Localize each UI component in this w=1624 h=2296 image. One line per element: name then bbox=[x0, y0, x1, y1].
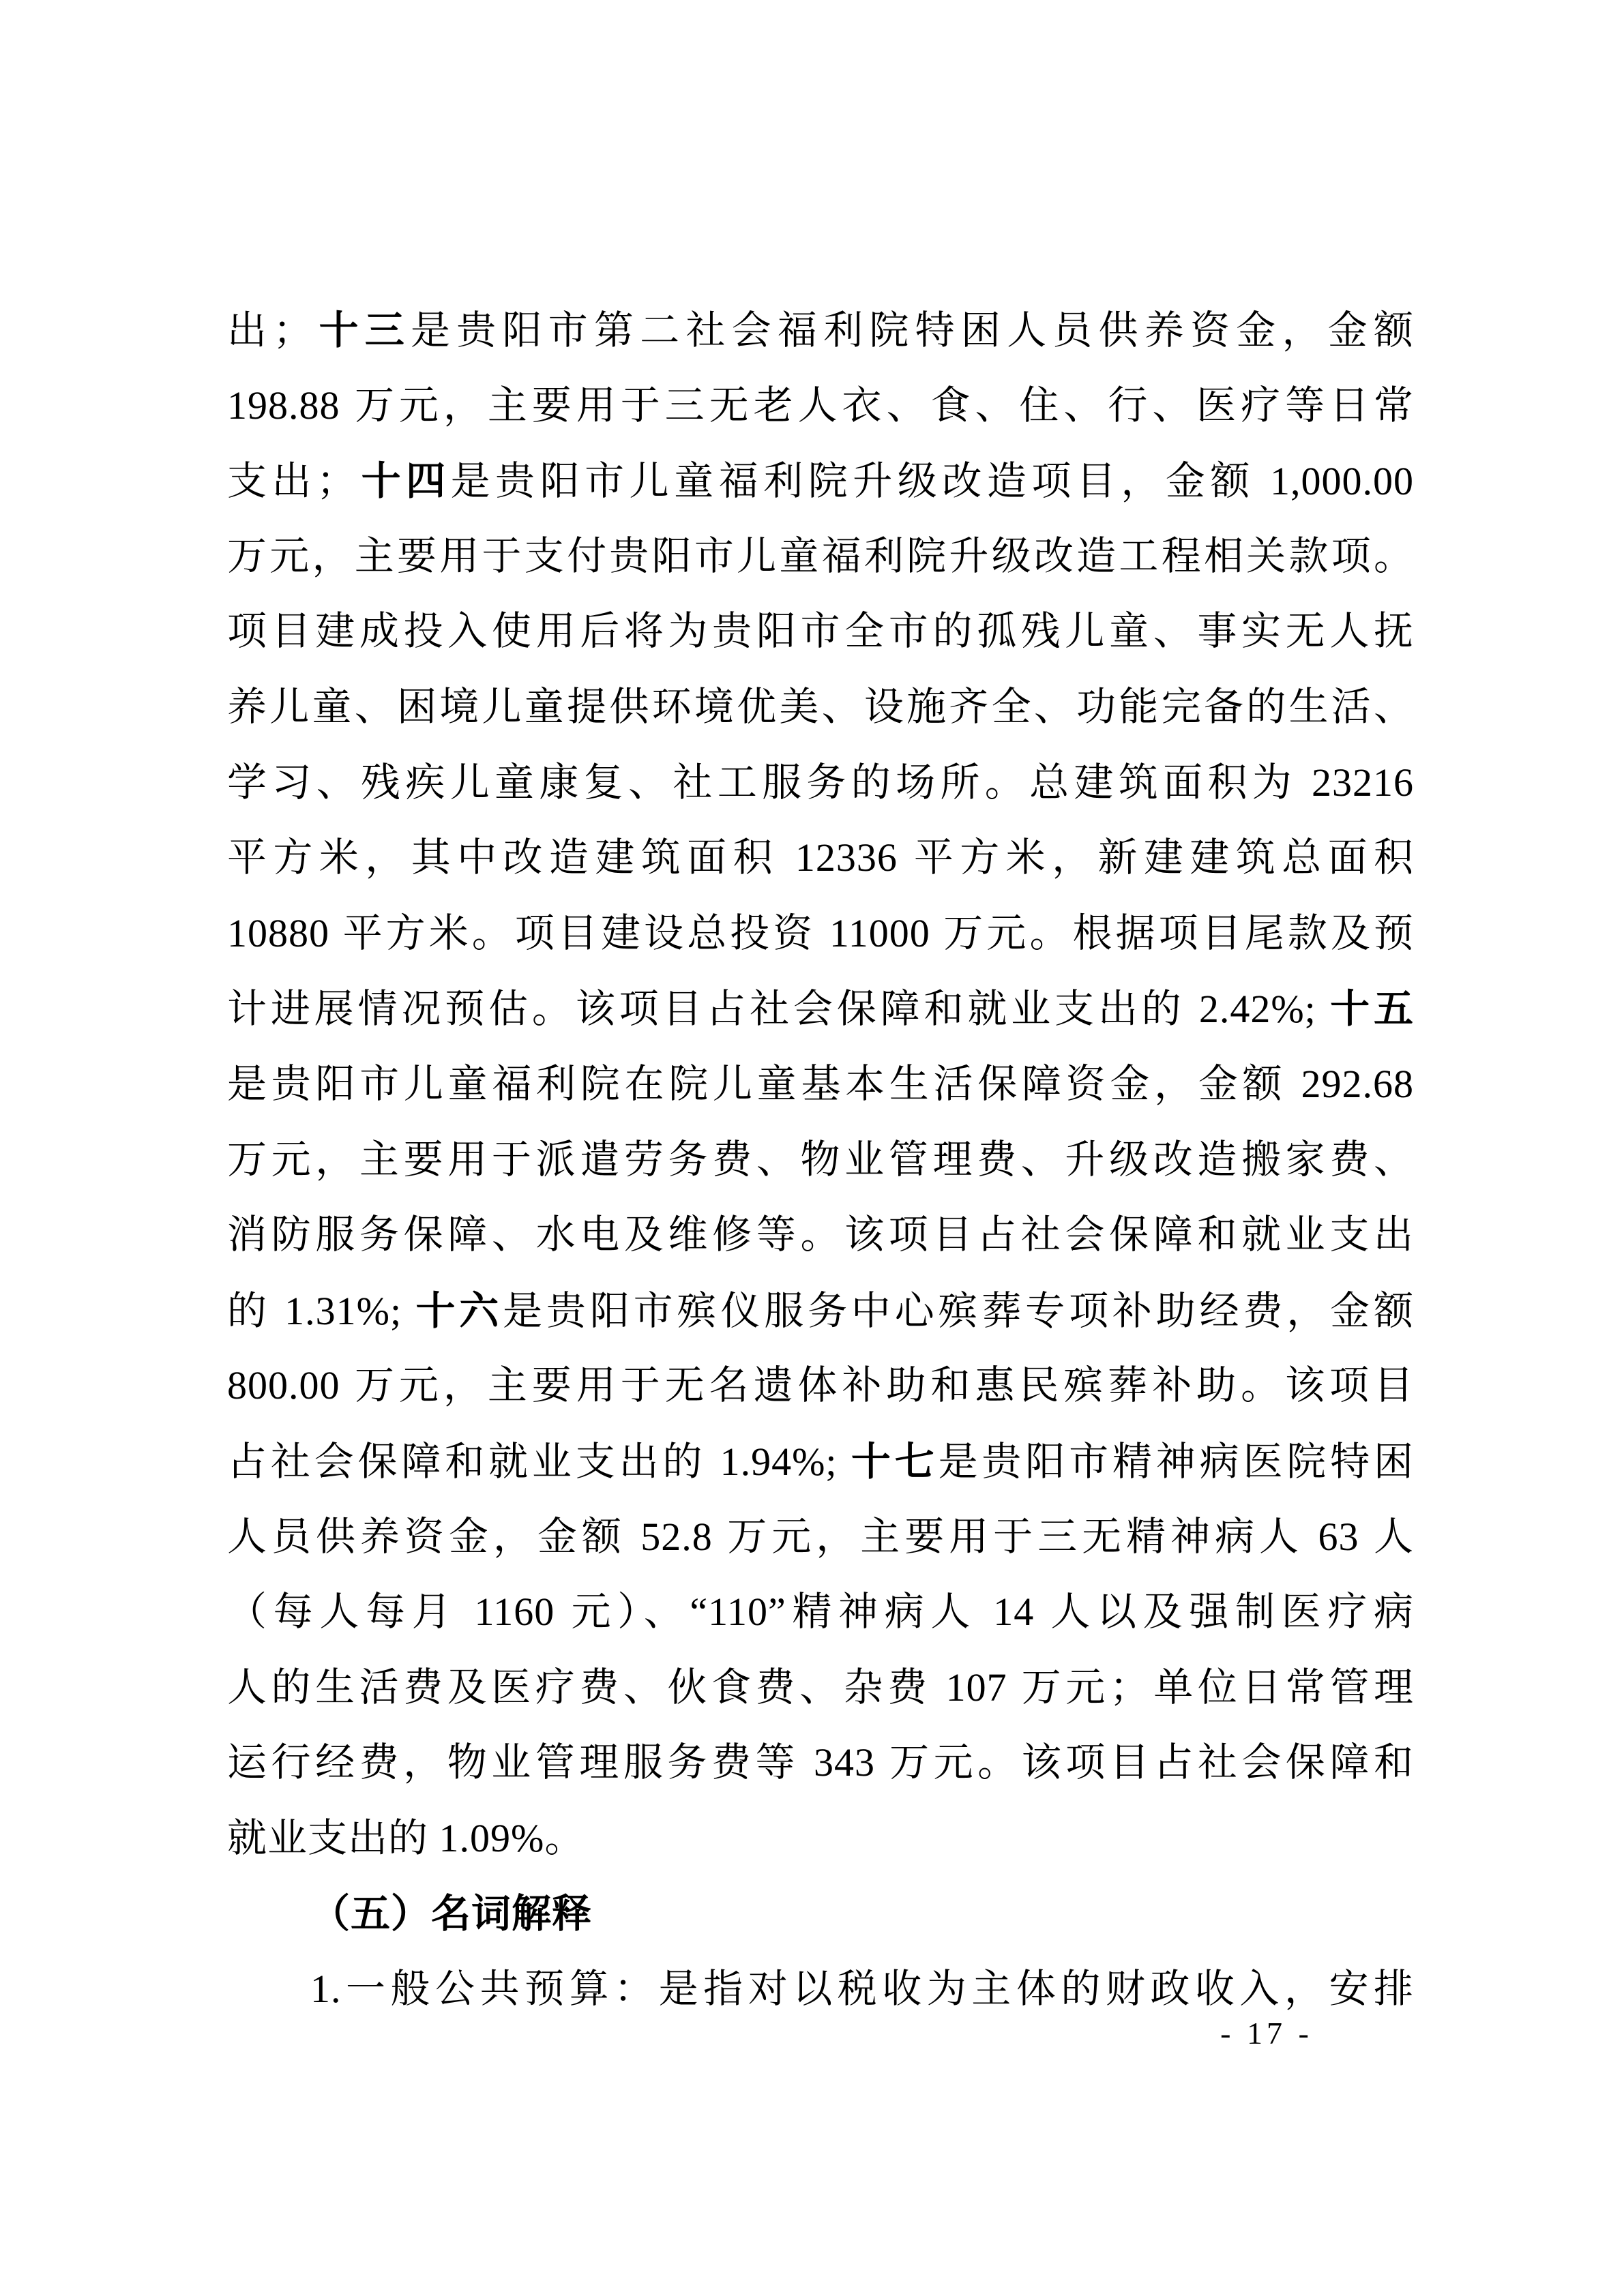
text-segment: 支出； bbox=[227, 459, 357, 503]
text-line: 支出；十四是贵阳市儿童福利院升级改造项目，金额 1,000.00 bbox=[227, 443, 1414, 519]
text-segment: 是贵阳市儿童福利院升级改造项目，金额 1,000.00 bbox=[451, 459, 1414, 503]
text-segment: 出； bbox=[227, 308, 313, 353]
text-segment: 消防服务保障、水电及维修等。该项目占社会保障和就业支出 bbox=[227, 1212, 1414, 1257]
text-segment: 万元，主要用于支付贵阳市儿童福利院升级改造工程相关款项。 bbox=[227, 534, 1414, 578]
text-segment: 万元，主要用于派遣劳务费、物业管理费、升级改造搬家费、 bbox=[227, 1137, 1414, 1182]
text-segment: 计进展情况预估。该项目占社会保障和就业支出的 2.42%; bbox=[227, 987, 1330, 1031]
text-line: 占社会保障和就业支出的 1.94%; 十七是贵阳市精神病医院特困 bbox=[227, 1424, 1414, 1500]
text-line: 就业支出的 1.09%。 bbox=[227, 1801, 1414, 1877]
text-line: 学习、残疾儿童康复、社工服务的场所。总建筑面积为 23216 bbox=[227, 745, 1414, 821]
emphasis-text: （五）名词解释 bbox=[310, 1890, 592, 1937]
text-segment: 学习、残疾儿童康复、社工服务的场所。总建筑面积为 23216 bbox=[227, 760, 1414, 805]
emphasis-text: 十七 bbox=[851, 1438, 939, 1485]
text-segment: （每人每月 1160 元）、“110”精神病人 14 人以及强制医疗病 bbox=[227, 1590, 1414, 1634]
text-segment: 项目建成投入使用后将为贵阳市全市的孤残儿童、事实无人抚 bbox=[227, 609, 1414, 653]
text-line: 是贵阳市儿童福利院在院儿童基本生活保障资金，金额 292.68 bbox=[227, 1047, 1414, 1122]
text-line: 198.88 万元，主要用于三无老人衣、食、住、行、医疗等日常 bbox=[227, 368, 1414, 444]
emphasis-text: 十五 bbox=[1330, 985, 1414, 1032]
text-segment: 人员供养资金，金额 52.8 万元，主要用于三无精神病人 63 人 bbox=[227, 1515, 1414, 1559]
emphasis-text: 十六 bbox=[415, 1287, 503, 1334]
text-line: 平方米，其中改造建筑面积 12336 平方米，新建建筑总面积 bbox=[227, 820, 1414, 896]
text-line: （每人每月 1160 元）、“110”精神病人 14 人以及强制医疗病 bbox=[227, 1575, 1414, 1650]
text-segment: 是贵阳市儿童福利院在院儿童基本生活保障资金，金额 292.68 bbox=[227, 1062, 1414, 1106]
text-segment: 是贵阳市精神病医院特困 bbox=[939, 1440, 1414, 1484]
text-segment: 占社会保障和就业支出的 1.94%; bbox=[227, 1440, 851, 1484]
text-segment: 198.88 万元，主要用于三无老人衣、食、住、行、医疗等日常 bbox=[227, 383, 1414, 428]
text-segment: 人的生活费及医疗费、伙食费、杂费 107 万元；单位日常管理 bbox=[227, 1665, 1414, 1710]
text-segment: 的 1.31%; bbox=[227, 1289, 415, 1333]
text-line: 人员供养资金，金额 52.8 万元，主要用于三无精神病人 63 人 bbox=[227, 1500, 1414, 1575]
text-line: 的 1.31%; 十六是贵阳市殡仪服务中心殡葬专项补助经费，金额 bbox=[227, 1273, 1414, 1349]
text-line: 计进展情况预估。该项目占社会保障和就业支出的 2.42%; 十五 bbox=[227, 971, 1414, 1047]
text-segment: 1.一般公共预算：是指对以税收为主体的财政收入，安排 bbox=[310, 1967, 1414, 2011]
text-line: 消防服务保障、水电及维修等。该项目占社会保障和就业支出 bbox=[227, 1197, 1414, 1273]
text-line: 养儿童、困境儿童提供环境优美、设施齐全、功能完备的生活、 bbox=[227, 670, 1414, 745]
emphasis-text: 十三 bbox=[313, 307, 411, 353]
text-segment: 运行经费，物业管理服务费等 343 万元。该项目占社会保障和 bbox=[227, 1740, 1414, 1785]
text-line: 项目建成投入使用后将为贵阳市全市的孤残儿童、事实无人抚 bbox=[227, 594, 1414, 670]
text-segment: 10880 平方米。项目建设总投资 11000 万元。根据项目尾款及预 bbox=[227, 911, 1414, 955]
text-line: 人的生活费及医疗费、伙食费、杂费 107 万元；单位日常管理 bbox=[227, 1650, 1414, 1726]
text-segment: 养儿童、困境儿童提供环境优美、设施齐全、功能完备的生活、 bbox=[227, 685, 1414, 729]
text-line: 出；十三是贵阳市第二社会福利院特困人员供养资金，金额 bbox=[227, 293, 1414, 368]
text-segment: 就业支出的 1.09%。 bbox=[227, 1816, 585, 1860]
text-line: 运行经费，物业管理服务费等 343 万元。该项目占社会保障和 bbox=[227, 1725, 1414, 1801]
document-body: 出；十三是贵阳市第二社会福利院特困人员供养资金，金额198.88 万元，主要用于… bbox=[227, 293, 1414, 2027]
section-heading: （五）名词解释 bbox=[227, 1876, 1414, 1952]
text-segment: 平方米，其中改造建筑面积 12336 平方米，新建建筑总面积 bbox=[227, 835, 1414, 880]
text-segment: 800.00 万元，主要用于无名遗体补助和惠民殡葬补助。该项目 bbox=[227, 1363, 1414, 1407]
page-number: - 17 - bbox=[1157, 2013, 1376, 2054]
text-line: 800.00 万元，主要用于无名遗体补助和惠民殡葬补助。该项目 bbox=[227, 1348, 1414, 1424]
emphasis-text: 十四 bbox=[357, 458, 451, 504]
text-segment: 是贵阳市殡仪服务中心殡葬专项补助经费，金额 bbox=[503, 1289, 1414, 1333]
text-line: 万元，主要用于支付贵阳市儿童福利院升级改造工程相关款项。 bbox=[227, 519, 1414, 595]
document-page: 出；十三是贵阳市第二社会福利院特困人员供养资金，金额198.88 万元，主要用于… bbox=[0, 0, 1624, 2296]
text-line: 10880 平方米。项目建设总投资 11000 万元。根据项目尾款及预 bbox=[227, 896, 1414, 972]
text-segment: 是贵阳市第二社会福利院特困人员供养资金，金额 bbox=[411, 308, 1414, 353]
text-line: 万元，主要用于派遣劳务费、物业管理费、升级改造搬家费、 bbox=[227, 1122, 1414, 1198]
